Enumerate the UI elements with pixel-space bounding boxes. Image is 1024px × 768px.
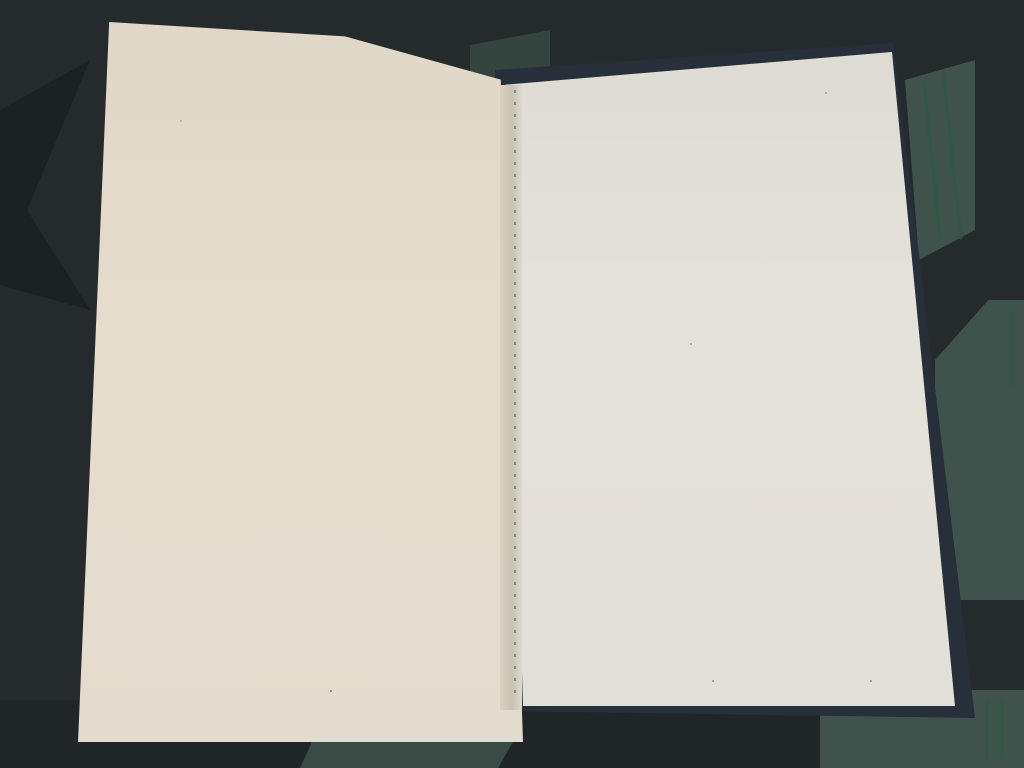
paper-speck <box>870 680 872 682</box>
gutter-stitch-line <box>514 90 516 700</box>
paper-speck <box>690 343 692 345</box>
camo-stripe <box>1010 310 1014 390</box>
paper-speck <box>712 680 714 682</box>
paper-speck <box>180 120 182 122</box>
left-page <box>78 22 523 742</box>
camo-stripe <box>1000 700 1004 760</box>
paper-speck <box>330 690 332 692</box>
camo-stripe <box>985 700 989 760</box>
photo-scene <box>0 0 1024 768</box>
book-gutter <box>500 85 522 710</box>
paper-speck <box>825 92 827 94</box>
right-page <box>505 52 955 706</box>
